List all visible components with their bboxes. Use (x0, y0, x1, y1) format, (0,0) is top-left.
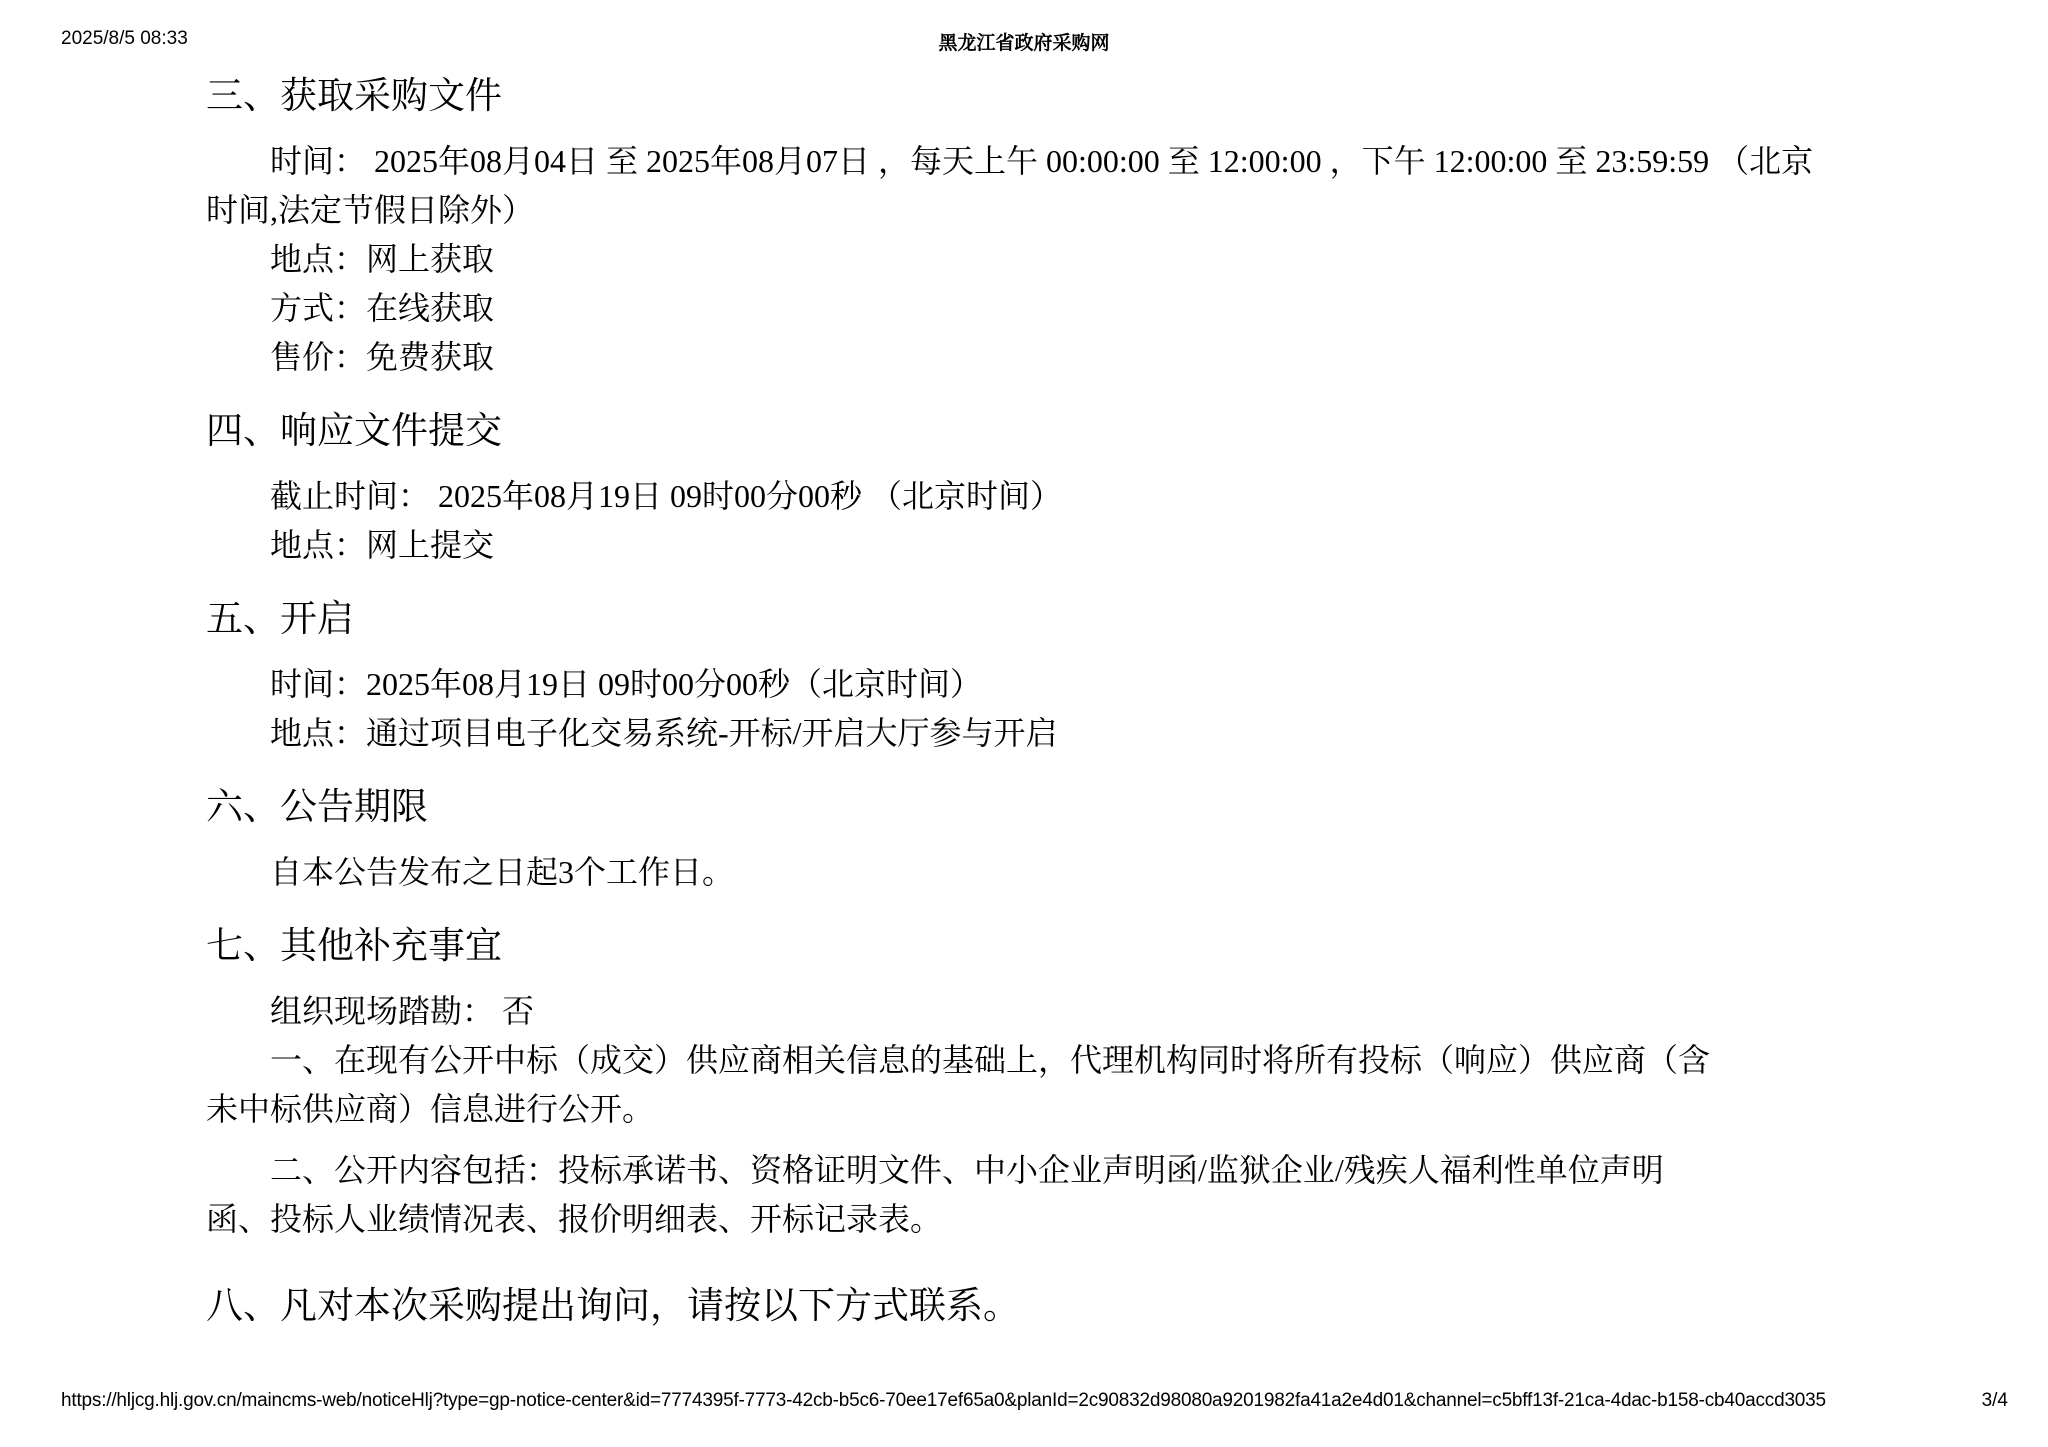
section-4-heading: 四、响应文件提交 (206, 407, 1936, 456)
section-5-heading: 五、开启 (206, 595, 1936, 644)
section-7-paragraph-1-line-2: 未中标供应商）信息进行公开。 (206, 1085, 1936, 1134)
section-5-time: 时间：2025年08月19日 09时00分00秒（北京时间） (206, 660, 1936, 709)
section-6-body: 自本公告发布之日起3个工作日。 (206, 848, 1936, 897)
page-number-indicator: 3/4 (1982, 1390, 2008, 1412)
section-3-heading: 三、获取采购文件 (206, 72, 1936, 121)
section-3-method: 方式：在线获取 (206, 284, 1936, 333)
section-7-site-survey: 组织现场踏勘： 否 (206, 987, 1936, 1036)
section-8-heading: 八、凡对本次采购提出询问，请按以下方式联系。 (206, 1282, 1936, 1331)
print-datetime: 2025/8/5 08:33 (61, 28, 188, 50)
section-7-heading: 七、其他补充事宜 (206, 922, 1936, 971)
print-preview-page: 2025/8/5 08:33 黑龙江省政府采购网 三、获取采购文件 时间： 20… (0, 0, 2048, 1447)
section-5-location: 地点：通过项目电子化交易系统-开标/开启大厅参与开启 (206, 709, 1936, 758)
section-7-paragraph-2-line-1: 二、公开内容包括：投标承诺书、资格证明文件、中小企业声明函/监狱企业/残疾人福利… (206, 1146, 1936, 1195)
section-3-location: 地点：网上获取 (206, 235, 1936, 284)
section-3-price: 售价：免费获取 (206, 333, 1936, 382)
section-7-paragraph-2-line-2: 函、投标人业绩情况表、报价明细表、开标记录表。 (206, 1195, 1936, 1244)
section-3-time-paragraph: 时间： 2025年08月04日 至 2025年08月07日 ，每天上午 00:0… (206, 137, 1936, 235)
section-6-heading: 六、公告期限 (206, 783, 1936, 832)
section-7-paragraph-1-line-1: 一、在现有公开中标（成交）供应商相关信息的基础上，代理机构同时将所有投标（响应）… (206, 1036, 1936, 1085)
section-7-paragraph-2: 二、公开内容包括：投标承诺书、资格证明文件、中小企业声明函/监狱企业/残疾人福利… (206, 1146, 1936, 1244)
section-4-deadline: 截止时间： 2025年08月19日 09时00分00秒 （北京时间） (206, 472, 1936, 521)
print-footer: https://hljcg.hlj.gov.cn/maincms-web/not… (0, 1390, 2048, 1416)
section-7-paragraph-1: 一、在现有公开中标（成交）供应商相关信息的基础上，代理机构同时将所有投标（响应）… (206, 1036, 1936, 1134)
section-3-time-line-2: 时间,法定节假日除外） (206, 186, 1936, 235)
page-url: https://hljcg.hlj.gov.cn/maincms-web/not… (61, 1390, 1826, 1412)
section-3-time-line-1: 时间： 2025年08月04日 至 2025年08月07日 ，每天上午 00:0… (206, 137, 1936, 186)
notice-document-body: 三、获取采购文件 时间： 2025年08月04日 至 2025年08月07日 ，… (206, 0, 1936, 1347)
section-4-location: 地点：网上提交 (206, 521, 1936, 570)
